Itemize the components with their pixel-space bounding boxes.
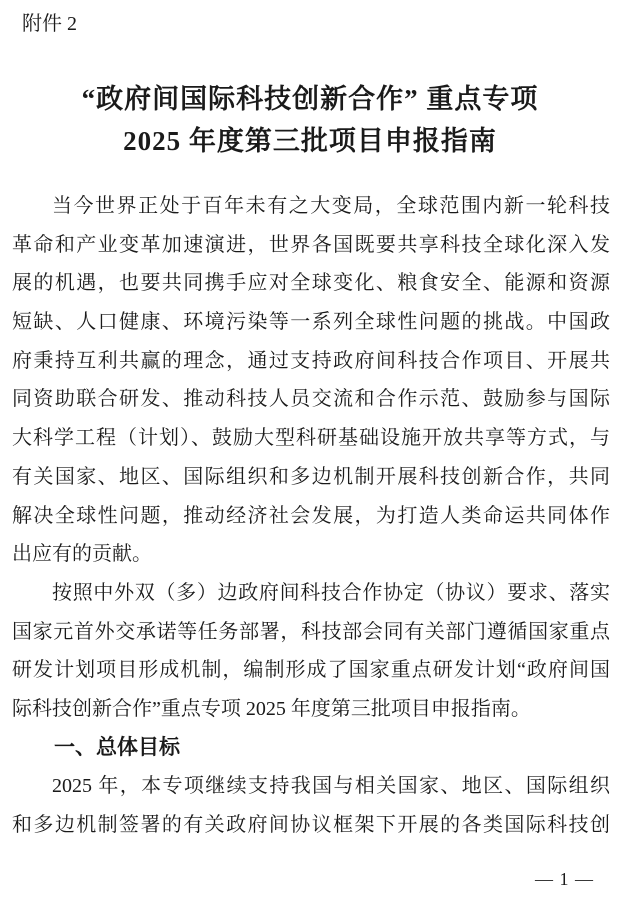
attachment-label: 附件 2 — [22, 11, 77, 37]
paragraph1-line: 解决全球性问题，推动经济社会发展，为打造人类命运共同体作 — [12, 497, 610, 536]
paragraph1-line: 当今世界正处于百年未有之大变局，全球范围内新一轮科技 — [12, 187, 610, 226]
paragraph1-line: 出应有的贡献。 — [12, 535, 610, 574]
paragraph2-line: 际科技创新合作”重点专项 2025 年度第三批项目申报指南。 — [12, 690, 610, 729]
paragraph2-line: 按照中外双（多）边政府间科技合作协定（协议）要求、落实 — [12, 574, 610, 613]
page-number: — 1 — — [535, 869, 594, 890]
paragraph1-line: 大科学工程（计划）、鼓励大型科研基础设施开放共享等方式，与 — [12, 419, 610, 458]
paragraph2-line: 国家元首外交承诺等任务部署，科技部会同有关部门遵循国家重点 — [12, 613, 610, 652]
paragraph3-line: 2025 年，本专项继续支持我国与相关国家、地区、国际组织 — [12, 767, 610, 806]
paragraph1-line: 有关国家、地区、国际组织和多边机制开展科技创新合作，共同 — [12, 458, 610, 497]
paragraph1-line: 展的机遇，也要共同携手应对全球变化、粮食安全、能源和资源 — [12, 264, 610, 303]
document-page: 附件 2 “政府间国际科技创新合作” 重点专项 2025 年度第三批项目申报指南… — [0, 0, 620, 901]
document-title-line1: “政府间国际科技创新合作” 重点专项 — [0, 78, 620, 120]
document-title-line2: 2025 年度第三批项目申报指南 — [0, 120, 620, 162]
document-title: “政府间国际科技创新合作” 重点专项 2025 年度第三批项目申报指南 — [0, 78, 620, 162]
paragraph1-line: 同资助联合研发、推动科技人员交流和合作示范、鼓励参与国际 — [12, 380, 610, 419]
paragraph3-line: 和多边机制签署的有关政府间协议框架下开展的各类国际科技创 — [12, 806, 610, 845]
paragraph1-line: 短缺、人口健康、环境污染等一系列全球性问题的挑战。中国政 — [12, 303, 610, 342]
paragraph1-line: 革命和产业变革加速演进，世界各国既要共享科技全球化深入发 — [12, 226, 610, 265]
document-body: 当今世界正处于百年未有之大变局，全球范围内新一轮科技 革命和产业变革加速演进，世… — [12, 187, 610, 845]
paragraph1-line: 府秉持互利共赢的理念，通过支持政府间科技合作项目、开展共 — [12, 342, 610, 381]
paragraph2-line: 研发计划项目形成机制，编制形成了国家重点研发计划“政府间国 — [12, 651, 610, 690]
section-heading: 一、总体目标 — [12, 729, 610, 768]
